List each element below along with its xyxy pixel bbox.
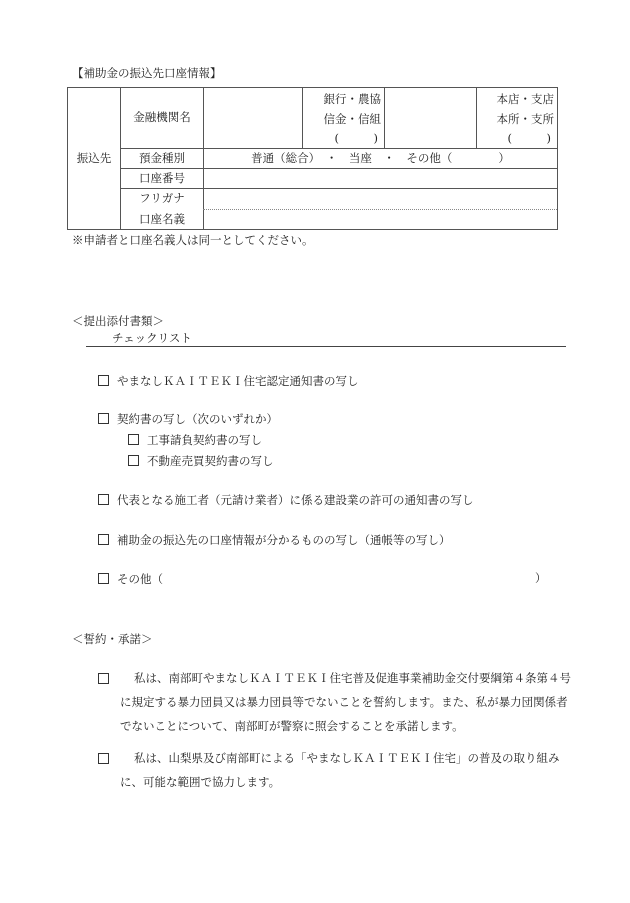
label-deposit-type: 預金種別	[121, 153, 203, 165]
other-close-paren: ）	[535, 573, 547, 585]
checklist-subitem[interactable]: 工事請負契約書の写し	[128, 434, 262, 447]
checkbox-icon[interactable]	[98, 494, 109, 505]
branch-name-field[interactable]	[385, 88, 476, 148]
checkbox-icon[interactable]	[98, 673, 109, 684]
label-account-number: 口座番号	[121, 173, 203, 185]
checklist-underline	[86, 346, 566, 347]
branch-type-other: ( )	[477, 133, 557, 145]
table-divider	[120, 148, 557, 149]
checklist-item-label: 契約書の写し（次のいずれか）	[117, 412, 278, 426]
institution-type-bank: 銀行・農協	[303, 94, 384, 106]
pledge-item: 私は、南部町やまなしＫＡＩＴＥＫＩ住宅普及促進事業補助金交付要綱第４条第４号に規…	[98, 666, 573, 738]
branch-type-office: 本所・支所	[477, 114, 557, 126]
checklist-item[interactable]: やまなしＫＡＩＴＥＫＩ住宅認定通知書の写し	[98, 375, 359, 388]
pledge-item: 私は、山梨県及び南部町による「やまなしＫＡＩＴＥＫＩ住宅」の普及の取り組みに、可…	[98, 746, 573, 794]
label-institution-name: 金融機関名	[121, 112, 203, 124]
checklist-subitem-label: 不動産売買契約書の写し	[147, 454, 274, 468]
checklist-label: チェックリスト	[112, 333, 192, 345]
checklist-item[interactable]: 代表となる施工者（元請け業者）に係る建設業の許可の通知書の写し	[98, 494, 474, 507]
institution-type-shinkin: 信金・信組	[303, 114, 384, 126]
other-attachment-field[interactable]	[152, 570, 532, 588]
checklist-item[interactable]: 契約書の写し（次のいずれか）	[98, 413, 278, 426]
checklist-item[interactable]: 補助金の振込先の口座情報が分かるものの写し（通帳等の写し）	[98, 534, 451, 547]
pledge-text: 私は、山梨県及び南部町による「やまなしＫＡＩＴＥＫＩ住宅」の普及の取り組みに、可…	[120, 746, 573, 794]
pledge-heading: ＜誓約・承諾＞	[72, 634, 153, 646]
row-header-transfer: 振込先	[68, 153, 120, 165]
label-account-holder: 口座名義	[121, 214, 203, 226]
checklist-item-label: やまなしＫＡＩＴＥＫＩ住宅認定通知書の写し	[117, 374, 359, 388]
furigana-field[interactable]	[204, 189, 557, 209]
institution-name-field[interactable]	[204, 88, 302, 148]
institution-type-other: ( )	[303, 133, 384, 145]
checklist-subitem[interactable]: 不動産売買契約書の写し	[128, 455, 274, 468]
account-holder-field[interactable]	[204, 210, 557, 229]
deposit-type-options[interactable]: 普通（総合） ・ 当座 ・ その他（ ）	[204, 153, 557, 165]
attachments-heading: ＜提出添付書類＞	[72, 316, 164, 328]
checkbox-icon[interactable]	[98, 375, 109, 386]
account-holder-note: ※申請者と口座名義人は同一としてください。	[72, 235, 314, 247]
bank-info-title: 【補助金の振込先口座情報】	[72, 68, 222, 80]
bank-account-table: 振込先 金融機関名 銀行・農協 信金・信組 ( ) 本店・支店 本所・支所 ( …	[67, 87, 558, 230]
pledge-text: 私は、南部町やまなしＫＡＩＴＥＫＩ住宅普及促進事業補助金交付要綱第４条第４号に規…	[120, 666, 573, 738]
checkbox-icon[interactable]	[128, 455, 139, 466]
branch-type-main: 本店・支店	[477, 94, 557, 106]
checkbox-icon[interactable]	[98, 413, 109, 424]
checklist-item-label: 補助金の振込先の口座情報が分かるものの写し（通帳等の写し）	[117, 533, 451, 547]
checkbox-icon[interactable]	[128, 434, 139, 445]
checkbox-icon[interactable]	[98, 573, 109, 584]
account-number-field[interactable]	[204, 169, 557, 188]
checklist-subitem-label: 工事請負契約書の写し	[147, 433, 262, 447]
checklist-item-label: 代表となる施工者（元請け業者）に係る建設業の許可の通知書の写し	[117, 493, 474, 507]
checkbox-icon[interactable]	[98, 753, 109, 764]
checkbox-icon[interactable]	[98, 534, 109, 545]
label-furigana: フリガナ	[121, 193, 203, 205]
